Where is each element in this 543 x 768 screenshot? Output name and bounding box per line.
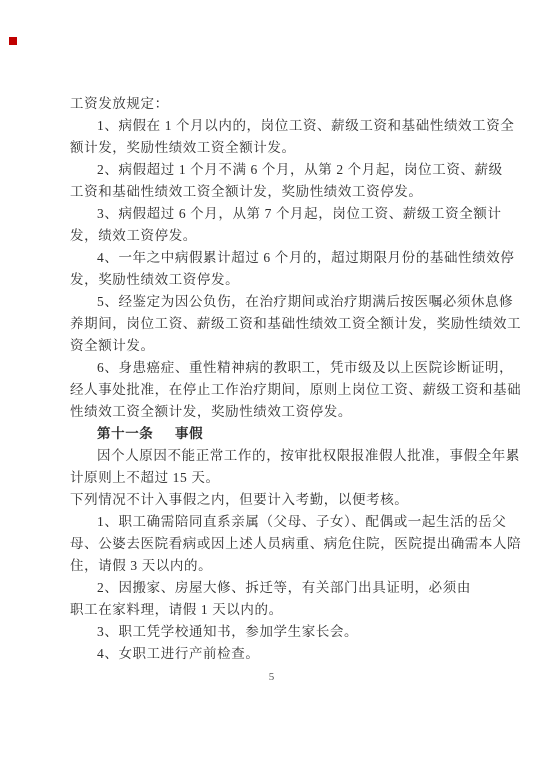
document-body: 工资发放规定：1、病假在 1 个月以内的，岗位工资、薪级工资和基础性绩效工资全额… xyxy=(70,93,472,665)
page-number: 5 xyxy=(0,671,543,683)
text-line: 计原则上不超过 15 天。 xyxy=(70,467,472,489)
text-line: 发，奖励性绩效工资停发。 xyxy=(70,269,472,291)
text-line: 额计发，奖励性绩效工资全额计发。 xyxy=(70,137,472,159)
article-number: 第十一条 xyxy=(97,426,153,441)
article-heading: 第十一条事假 xyxy=(70,423,472,445)
text-line: 因个人原因不能正常工作的，按审批权限报准假人批准，事假全年累 xyxy=(70,445,472,467)
text-line: 6、身患癌症、重性精神病的教职工，凭市级及以上医院诊断证明， xyxy=(70,357,472,379)
text-line: 职工在家料理，请假 1 天以内的。 xyxy=(70,599,472,621)
text-line: 1、职工确需陪同直系亲属（父母、子女）、配偶或一起生活的岳父 xyxy=(70,511,472,533)
text-line: 养期间，岗位工资、薪级工资和基础性绩效工资全额计发，奖励性绩效工 xyxy=(70,313,472,335)
text-line: 5、经鉴定为因公负伤，在治疗期间或治疗期满后按医嘱必须休息修 xyxy=(70,291,472,313)
text-line: 发，绩效工资停发。 xyxy=(70,225,472,247)
document-page: 工资发放规定：1、病假在 1 个月以内的，岗位工资、薪级工资和基础性绩效工资全额… xyxy=(0,0,543,768)
text-line: 3、病假超过 6 个月，从第 7 个月起，岗位工资、薪级工资全额计 xyxy=(70,203,472,225)
text-line: 经人事处批准，在停止工作治疗期间，原则上岗位工资、薪级工资和基础 xyxy=(70,379,472,401)
text-line: 3、职工凭学校通知书，参加学生家长会。 xyxy=(70,621,472,643)
text-line: 1、病假在 1 个月以内的，岗位工资、薪级工资和基础性绩效工资全 xyxy=(70,115,472,137)
text-line: 工资发放规定： xyxy=(70,93,472,115)
text-line: 资全额计发。 xyxy=(70,335,472,357)
text-line: 4、一年之中病假累计超过 6 个月的，超过期限月份的基础性绩效停 xyxy=(70,247,472,269)
text-line: 4、女职工进行产前检查。 xyxy=(70,643,472,665)
text-line: 母、公婆去医院看病或因上述人员病重、病危住院，医院提出确需本人陪 xyxy=(70,533,472,555)
text-line: 2、病假超过 1 个月不满 6 个月，从第 2 个月起，岗位工资、薪级 xyxy=(70,159,472,181)
red-corner-mark xyxy=(9,37,17,45)
text-line: 住，请假 3 天以内的。 xyxy=(70,555,472,577)
text-line: 性绩效工资全额计发，奖励性绩效工资停发。 xyxy=(70,401,472,423)
article-title: 事假 xyxy=(175,426,203,441)
text-line: 下列情况不计入事假之内，但要计入考勤，以便考核。 xyxy=(70,489,472,511)
text-line: 工资和基础性绩效工资全额计发，奖励性绩效工资停发。 xyxy=(70,181,472,203)
text-line: 2、因搬家、房屋大修、拆迁等，有关部门出具证明，必须由 xyxy=(70,577,472,599)
